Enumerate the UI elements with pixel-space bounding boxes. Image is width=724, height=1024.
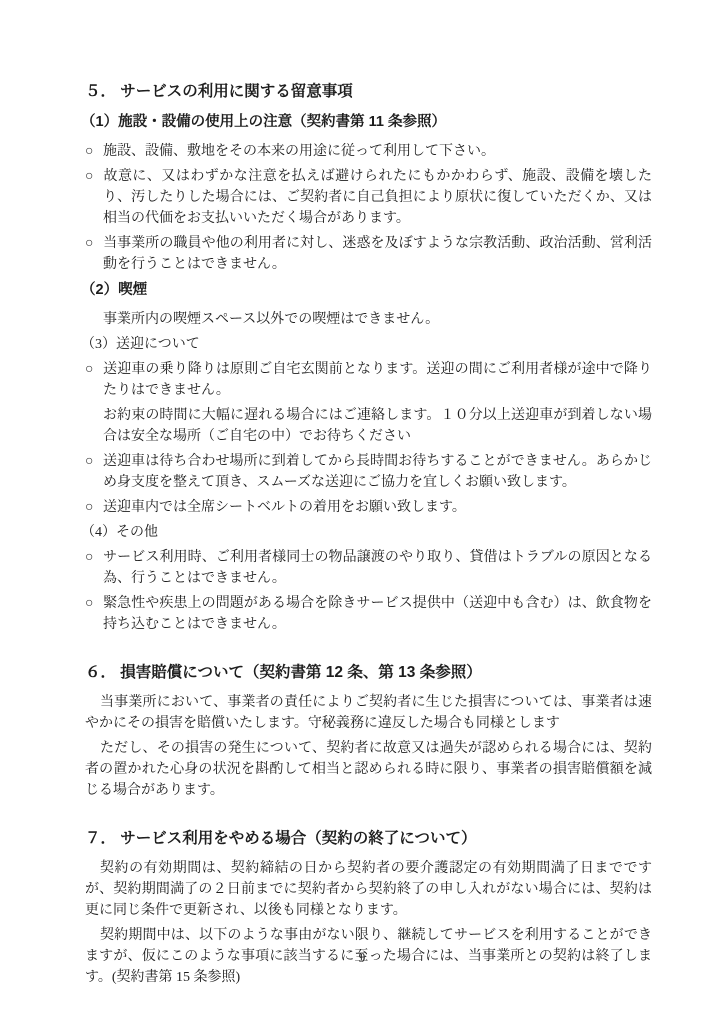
bullet-item: ○施設、設備、敷地をその本来の用途に従って利用して下さい。 — [85, 141, 652, 162]
subsection-heading: （1）施設・設備の使用上の注意（契約書第 11 条参照） — [81, 111, 652, 133]
bullet-text: 故意に、又はわずかな注意を払えば避けられたにもかかわらず、施設、設備を壊したり、… — [103, 169, 652, 226]
bullet-text: 送迎車は待ち合わせ場所に到着してから長時間お待ちすることができません。あらかじめ… — [103, 454, 652, 490]
bullet-item: ○故意に、又はわずかな注意を払えば避けられたにもかかわらず、施設、設備を壊したり… — [85, 166, 652, 229]
section-heading: ７． サービス利用をやめる場合（契約の終了について） — [85, 827, 652, 850]
bullet-text: 緊急性や疾患上の問題がある場合を除きサービス提供中（送迎中も含む）は、飲食物を持… — [103, 596, 652, 632]
continuation-paragraph: お約束の時間に大幅に遅れる場合にはご連絡します。１０分以上送迎車が到着しない場合… — [103, 405, 652, 447]
bullet-marker-icon: ○ — [85, 547, 103, 568]
page-number: 9 — [0, 950, 724, 966]
bullet-text: 当事業所の職員や他の利用者に対し、迷惑を及ぼすような宗教活動、政治活動、営利活動… — [103, 236, 652, 272]
bullet-text: 施設、設備、敷地をその本来の用途に従って利用して下さい。 — [103, 144, 495, 159]
bullet-item: ○送迎車内では全席シートベルトの着用をお願い致します。 — [85, 497, 652, 518]
bullet-marker-icon: ○ — [85, 497, 103, 518]
document-page: ５． サービスの利用に関する留意事項（1）施設・設備の使用上の注意（契約書第 1… — [0, 0, 724, 1024]
bullet-item: ○送迎車の乗り降りは原則ご自宅玄関前となります。送迎の間にご利用者様が途中で降り… — [85, 359, 652, 401]
bullet-text: 送迎車内では全席シートベルトの着用をお願い致します。 — [103, 500, 466, 515]
bullet-item: ○サービス利用時、ご利用者様同士の物品譲渡のやり取り、貸借はトラブルの原因となる… — [85, 547, 652, 589]
bullet-marker-icon: ○ — [85, 166, 103, 187]
subsection-label: （4）その他 — [81, 522, 652, 543]
continuation-paragraph: 事業所内の喫煙スペース以外での喫煙はできません。 — [103, 309, 652, 330]
bullet-marker-icon: ○ — [85, 593, 103, 614]
bullet-marker-icon: ○ — [85, 359, 103, 380]
bullet-marker-icon: ○ — [85, 451, 103, 472]
bullet-text: 送迎車の乗り降りは原則ご自宅玄関前となります。送迎の間にご利用者様が途中で降りた… — [103, 362, 652, 398]
section-heading: ６． 損害賠償について（契約書第 12 条、第 13 条参照） — [85, 661, 652, 684]
body-paragraph: 契約の有効期間は、契約締結の日から契約者の要介護認定の有効期間満了日までですが、… — [85, 858, 652, 921]
document-body: ５． サービスの利用に関する留意事項（1）施設・設備の使用上の注意（契約書第 1… — [85, 80, 652, 988]
bullet-item: ○緊急性や疾患上の問題がある場合を除きサービス提供中（送迎中も含む）は、飲食物を… — [85, 593, 652, 635]
subsection-label: （3）送迎について — [81, 334, 652, 355]
bullet-marker-icon: ○ — [85, 141, 103, 162]
bullet-text: サービス利用時、ご利用者様同士の物品譲渡のやり取り、貸借はトラブルの原因となる為… — [103, 550, 652, 586]
bullet-marker-icon: ○ — [85, 233, 103, 254]
bullet-item: ○当事業所の職員や他の利用者に対し、迷惑を及ぼすような宗教活動、政治活動、営利活… — [85, 233, 652, 275]
section-heading: ５． サービスの利用に関する留意事項 — [85, 80, 652, 103]
body-paragraph: ただし、その損害の発生について、契約者に故意又は過失が認められる場合には、契約者… — [85, 738, 652, 801]
subsection-heading: （2）喫煙 — [81, 279, 652, 301]
body-paragraph: 当事業所において、事業者の責任によりご契約者に生じた損害については、事業者は速や… — [85, 692, 652, 734]
bullet-item: ○送迎車は待ち合わせ場所に到着してから長時間お待ちすることができません。あらかじ… — [85, 451, 652, 493]
